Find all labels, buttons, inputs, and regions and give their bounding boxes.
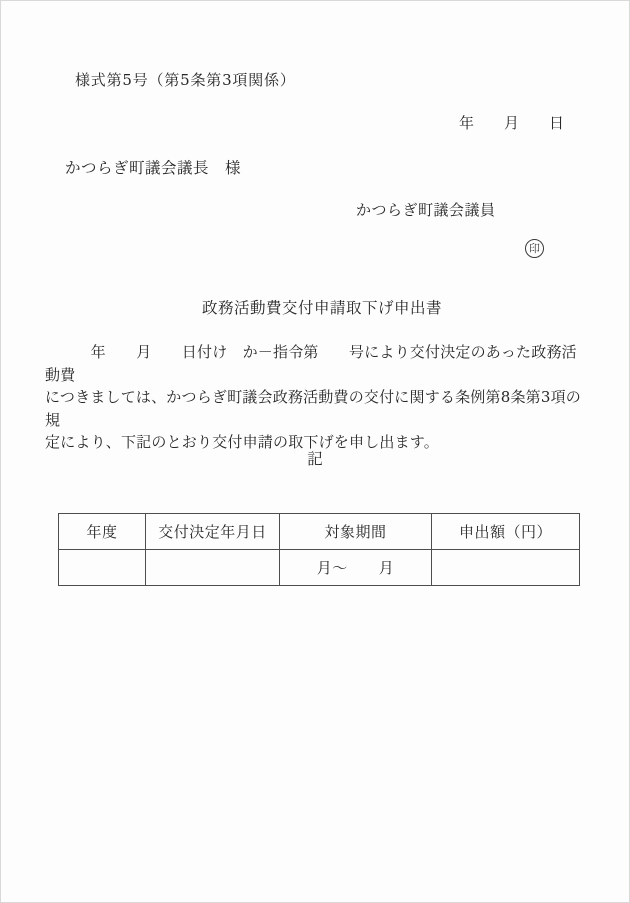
withdrawal-table: 年度 交付決定年月日 対象期間 申出額（円） 月～ 月 (58, 513, 580, 586)
form-number: 様式第5号（第5条第3項関係） (75, 69, 296, 90)
sender-title: かつらぎ町議会議員 (356, 199, 496, 220)
cell-requested-amount (432, 550, 580, 586)
table-data-row: 月～ 月 (59, 550, 580, 586)
table-header-row: 年度 交付決定年月日 対象期間 申出額（円） (59, 514, 580, 550)
body-line-2: につきましては、かつらぎ町議会政務活動費の交付に関する条例第8条第3項の規 (45, 386, 590, 431)
col-header-fiscal-year: 年度 (59, 514, 146, 550)
document-title: 政務活動費交付申請取下げ申出書 (1, 296, 629, 318)
cell-grant-decision-date (146, 550, 280, 586)
addressee: かつらぎ町議会議長 様 (65, 156, 241, 178)
col-header-grant-decision-date: 交付決定年月日 (146, 514, 280, 550)
col-header-requested-amount: 申出額（円） (432, 514, 580, 550)
seal-stamp-icon: 印 (525, 239, 544, 258)
cell-target-period: 月～ 月 (280, 550, 432, 586)
section-marker-ki: 記 (1, 447, 629, 469)
issue-date-line: 年 月 日 (459, 112, 564, 133)
form-page: 様式第5号（第5条第3項関係） 年 月 日 かつらぎ町議会議長 様 かつらぎ町議… (0, 0, 630, 903)
body-line-1: 年 月 日付け か－指令第 号により交付決定のあった政務活動費 (45, 341, 590, 386)
col-header-target-period: 対象期間 (280, 514, 432, 550)
cell-fiscal-year (59, 550, 146, 586)
body-paragraph: 年 月 日付け か－指令第 号により交付決定のあった政務活動費 につきましては、… (45, 341, 590, 454)
